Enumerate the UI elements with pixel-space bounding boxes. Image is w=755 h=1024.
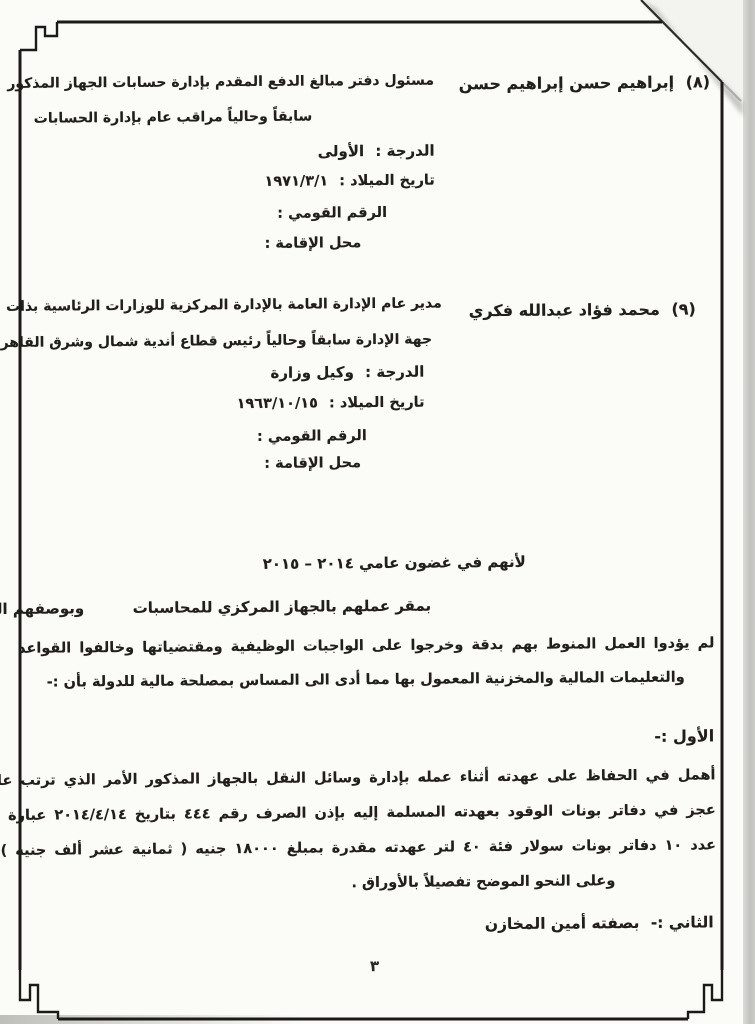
first-charge-heading: الأول :- [654,724,714,748]
birthdate-label: تاريخ الميلاد : [339,173,435,190]
grade-value: الأولى [318,142,365,160]
grade-label: الدرجة : [365,363,424,381]
defendant-8-birthdate-line: تاريخ الميلاد : ١٩٧١/٣/١ [264,171,434,193]
accusation-line1: لم يؤدوا العمل المنوط بهم بدقة وخرجوا عل… [18,633,715,659]
second-charge-heading: الثاني :- [651,913,714,931]
document-text: (٨) إبراهيم حسن إبراهيم حسن مسئول دفتر م… [0,0,755,1024]
defendant-9-residence-line: محل الإقامة : [264,453,361,475]
first-charge-line4: وعلى النحو الموضح تفصيلاً بالأوراق . [351,871,615,894]
accusation-line2: والتعليمات المالية والمخزنية المعمول بها… [47,668,685,694]
defendant-8-grade-line: الدرجة : الأولى [318,141,435,164]
defendant-9-grade-line: الدرجة : وكيل وزارة [270,362,424,385]
defendant-8-residence-line: محل الإقامة : [264,233,361,255]
grade-value: وكيل وزارة [270,363,354,382]
charges-period-line: لأنهم في غضون عامي ٢٠١٤ – ٢٠١٥ [263,552,526,576]
second-charge-text: بصفته أمين المخازن [485,914,640,933]
workplace-text: بمقر عملهم بالجهاز المركزي للمحاسبات [133,597,432,617]
first-charge-line1: أهمل في الحفاظ على عهدته أثناء عمله بإدا… [0,765,716,792]
scanned-document-page: { "document": { "page_number": "٣", "def… [0,0,755,1024]
defendant-9-name-line: (٩) محمد فؤاد عبدالله فكري [469,297,696,322]
page-number: ٣ [370,956,379,978]
first-charge-line2: عجز في دفاتر بونات الوقود بعهدته المسلمة… [0,800,716,827]
defendant-8-position-line1: مسئول دفتر مبالغ الدفع المقدم بإدارة حسا… [7,71,434,95]
defendant-8-national-id-line: الرقم القومي : [277,203,387,225]
capacity-text: وبوصفهم السابق [0,599,84,618]
defendant-9-national-id-line: الرقم القومي : [257,426,367,448]
first-charge-line3: عدد ١٠ دفاتر بونات سولار فئة ٤٠ لتر عهدت… [0,835,716,862]
defendant-8-number: (٨) [686,72,711,91]
defendant-9-birthdate-line: تاريخ الميلاد : ١٩٦٣/١٠/١٥ [236,393,424,415]
defendant-9-position-line2: جهة الإدارة سابقاً وحالياً رئيس قطاع أند… [0,330,432,354]
defendant-8-position-line2: سابقاً وحالياً مراقب عام بإدارة الحسابات [34,107,313,129]
defendant-9-name: محمد فؤاد عبدالله فكري [469,300,660,321]
defendant-9-position-line1: مدير عام الإدارة العامة بالإدارة المركزي… [6,293,442,317]
charges-workplace-line: بمقر عملهم بالجهاز المركزي للمحاسبات وبو… [0,596,431,621]
defendant-8-name: إبراهيم حسن إبراهيم حسن [459,73,674,94]
birthdate-value: ١٩٦٣/١٠/١٥ [236,395,318,412]
second-charge-line: الثاني :- بصفته أمين المخازن [485,911,714,935]
birthdate-value: ١٩٧١/٣/١ [264,173,328,189]
birthdate-label: تاريخ الميلاد : [329,395,425,412]
defendant-8-name-line: (٨) إبراهيم حسن إبراهيم حسن [459,70,710,95]
defendant-9-number: (٩) [671,299,696,318]
grade-label: الدرجة : [375,142,434,160]
